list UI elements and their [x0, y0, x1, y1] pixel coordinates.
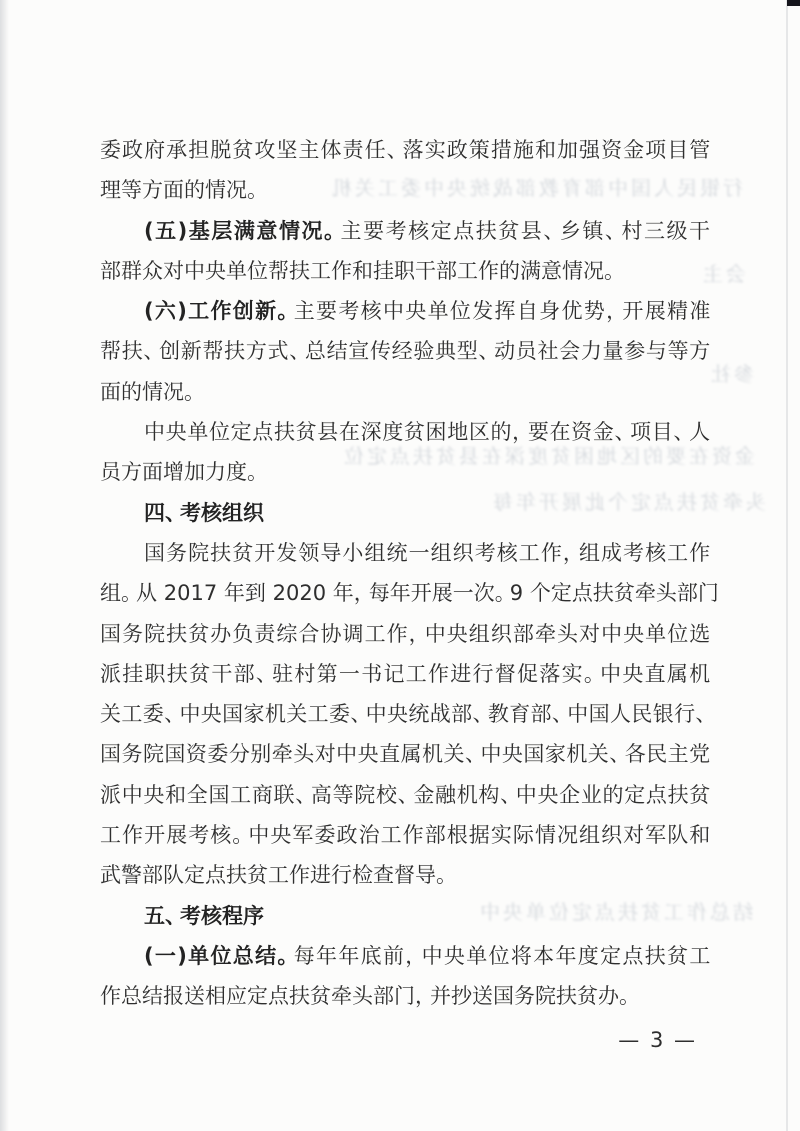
body-text: 国务院扶贫开发领导小组统一组织考核工作，组成考核工作 — [144, 541, 710, 565]
text-line: 理等方面的情况。 — [100, 170, 710, 210]
text-line: 国务院扶贫开发领导小组统一组织考核工作，组成考核工作 — [100, 533, 710, 573]
body-text: 派中央和全国工商联、高等院校、金融机构、中央企业的定点扶贫 — [100, 783, 710, 807]
text-line: 武警部队定点扶贫工作进行检查督导。 — [100, 855, 710, 895]
section-heading: 四、考核组织 — [100, 493, 710, 533]
text-line: 员方面增加力度。 — [100, 452, 710, 492]
body-text: 部群众对中央单位帮扶工作和挂职干部工作的满意情况。 — [100, 259, 619, 283]
text-line: 工作开展考核。中央军委政治工作部根据实际情况组织对军队和 — [100, 815, 710, 855]
emphasis-text: 五、考核程序 — [144, 904, 264, 928]
text-line: 派中央和全国工商联、高等院校、金融机构、中央企业的定点扶贫 — [100, 775, 710, 815]
text-line: 面的情况。 — [100, 372, 710, 412]
text-line: 派挂职扶贫干部、驻村第一书记工作进行督促落实。中央直属机 — [100, 654, 710, 694]
body-text: 主要考核中央单位发挥自身优势，开展精准 — [294, 299, 711, 323]
scan-left-edge-shadow — [0, 0, 9, 1131]
body-text: 关工委、中央国家机关工委、中央统战部、教育部、中国人民银行、 — [100, 702, 710, 726]
body-text: 面的情况。 — [100, 380, 199, 404]
text-line: 组。从 2017 年到 2020 年，每年开展一次。9 个定点扶贫牵头部门 — [100, 573, 710, 613]
emphasis-text: (一)单位总结。 — [144, 944, 294, 968]
body-text: 组。从 2017 年到 2020 年，每年开展一次。9 个定点扶贫牵头部门 — [100, 581, 719, 605]
text-line: 国务院扶贫办负责综合协调工作，中央组织部牵头对中央单位选 — [100, 614, 710, 654]
body-text: 中央单位定点扶贫县在深度贫困地区的，要在资金、项目、人 — [144, 420, 710, 444]
scanned-document-page: 行银民人国中部育教部战统央中委工关机会主参社金资在要的区地困贫度深在县贫扶点定位… — [0, 0, 800, 1131]
body-text: 国务院国资委分别牵头对中央直属机关、中央国家机关、各民主党 — [100, 742, 710, 766]
text-line: 中央单位定点扶贫县在深度贫困地区的，要在资金、项目、人 — [100, 412, 710, 452]
text-line: (五)基层满意情况。主要考核定点扶贫县、乡镇、村三级干 — [100, 211, 710, 251]
body-text: 派挂职扶贫干部、驻村第一书记工作进行督促落实。中央直属机 — [100, 662, 710, 686]
emphasis-text: 四、考核组织 — [144, 501, 264, 525]
document-body: 委政府承担脱贫攻坚主体责任、落实政策措施和加强资金项目管理等方面的情况。(五)基… — [100, 130, 710, 1017]
body-text: 委政府承担脱贫攻坚主体责任、落实政策措施和加强资金项目管 — [100, 138, 710, 162]
body-text: 理等方面的情况。 — [100, 178, 262, 202]
text-line: (一)单位总结。每年年底前，中央单位将本年度定点扶贫工 — [100, 936, 710, 976]
page-number: — 3 — — [618, 1020, 697, 1060]
body-text: 主要考核定点扶贫县、乡镇、村三级干 — [341, 219, 711, 243]
body-text: 帮扶、创新帮扶方式、总结宣传经验典型、动员社会力量参与等方 — [100, 339, 710, 363]
scan-right-edge-line — [786, 0, 788, 1131]
body-text: 每年年底前，中央单位将本年度定点扶贫工 — [294, 944, 711, 968]
body-text: 武警部队定点扶贫工作进行检查督导。 — [100, 863, 451, 887]
text-line: 部群众对中央单位帮扶工作和挂职干部工作的满意情况。 — [100, 251, 710, 291]
body-text: 国务院扶贫办负责综合协调工作，中央组织部牵头对中央单位选 — [100, 622, 710, 646]
body-text: 作总结报送相应定点扶贫牵头部门，并抄送国务院扶贫办。 — [100, 984, 634, 1008]
body-text: 工作开展考核。中央军委政治工作部根据实际情况组织对军队和 — [100, 823, 710, 847]
text-line: 国务院国资委分别牵头对中央直属机关、中央国家机关、各民主党 — [100, 734, 710, 774]
text-line: 作总结报送相应定点扶贫牵头部门，并抄送国务院扶贫办。 — [100, 976, 710, 1016]
body-text: 员方面增加力度。 — [100, 460, 262, 484]
text-line: 关工委、中央国家机关工委、中央统战部、教育部、中国人民银行、 — [100, 694, 710, 734]
emphasis-text: (五)基层满意情况。 — [144, 219, 341, 243]
text-line: 帮扶、创新帮扶方式、总结宣传经验典型、动员社会力量参与等方 — [100, 331, 710, 371]
text-line: (六)工作创新。主要考核中央单位发挥自身优势，开展精准 — [100, 291, 710, 331]
emphasis-text: (六)工作创新。 — [144, 299, 294, 323]
text-line: 委政府承担脱贫攻坚主体责任、落实政策措施和加强资金项目管 — [100, 130, 710, 170]
section-heading: 五、考核程序 — [100, 896, 710, 936]
scan-corner-artifact — [787, 0, 800, 6]
